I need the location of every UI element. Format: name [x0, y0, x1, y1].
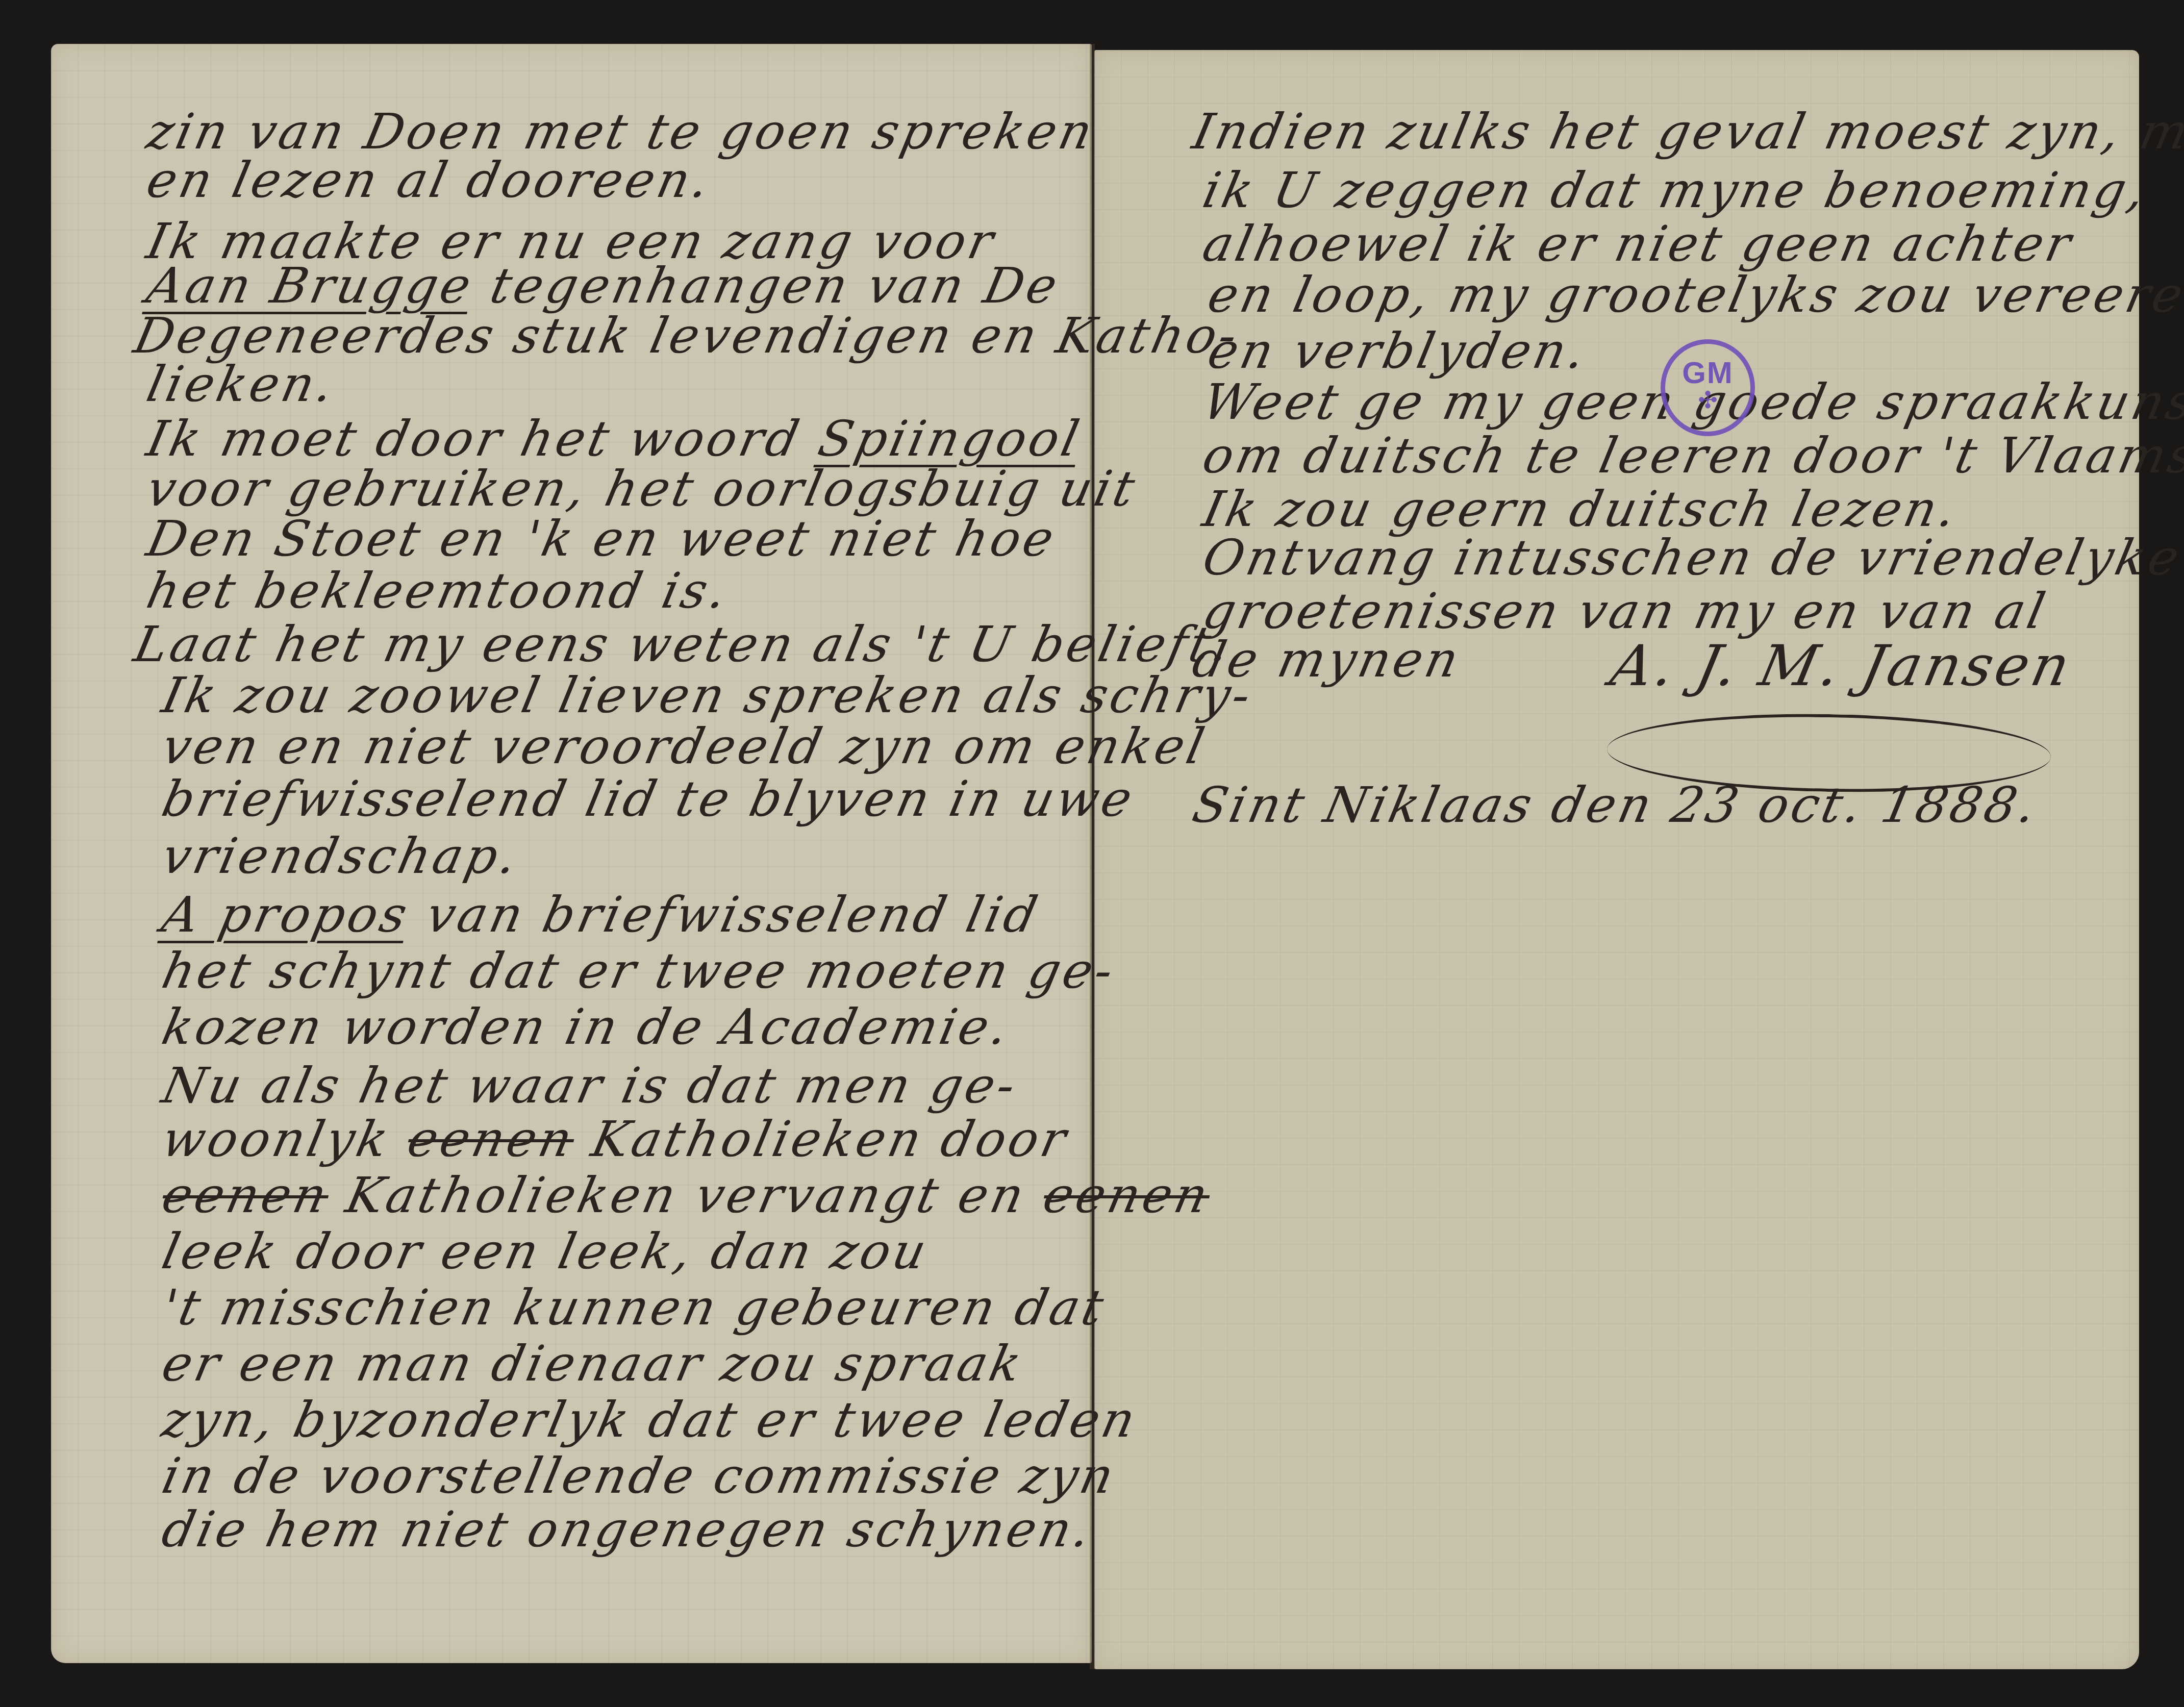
letter-line: Laat het my eens weten als 't U belieft.	[130, 620, 1237, 669]
letter-line: om duitsch te leeren door 't Vlaamsch.	[1199, 431, 2184, 480]
letter-line: in de voorstellende commissie zyn	[158, 1451, 1121, 1500]
letter-line: zin van Doen met te goen spreken	[143, 107, 1099, 156]
letter-line: A propos van briefwisselend lid	[158, 890, 1044, 939]
struck-text: eenen	[157, 1167, 335, 1224]
letter-line: vriendschap.	[158, 832, 524, 881]
letter-line: Ontvang intusschen de vriendelyke	[1199, 533, 2184, 582]
letter-line: groetenissen van my en van al	[1199, 587, 2052, 636]
letter-line: het schynt dat er twee moeten ge-	[158, 946, 1120, 995]
letter-line-rest: Katholieken door	[568, 1111, 1074, 1168]
underlined-text: A propos	[157, 886, 415, 943]
letter-line: en verblyden.	[1204, 327, 1592, 375]
letter-line: lieken.	[143, 360, 341, 409]
signature: A. J. M. Jansen	[1606, 638, 2077, 694]
letter-line: Ik zou geern duitsch lezen.	[1199, 485, 1963, 534]
letter-line: Aan Brugge tegenhangen van De	[143, 261, 1064, 310]
gm-bee-stamp: GM ✣	[1661, 339, 1755, 436]
bee-icon: ✣	[1665, 388, 1750, 412]
letter-line: en lezen al dooreen.	[143, 156, 716, 205]
letter-line-start: Ik moet door het woord	[142, 410, 825, 467]
underlined-text: Spiingool	[813, 410, 1087, 467]
letter-line: en loop, my grootelyks zou vereeren	[1204, 270, 2184, 319]
letter-line: de mynen	[1189, 635, 1466, 684]
struck-text: eenen	[403, 1111, 580, 1168]
letter-line: zyn, byzonderlyk dat er twee leden	[158, 1395, 1142, 1444]
struck-text: eenen	[1038, 1167, 1216, 1224]
letter-line: Ik zou zoowel lieven spreken als schry-	[158, 671, 1258, 720]
letter-line: Indien zulks het geval moest zyn, moet	[1189, 107, 2184, 156]
letter-line: ven en niet veroordeeld zyn om enkel	[158, 722, 1211, 771]
letter-line: ik U zeggen dat myne benoeming,	[1199, 166, 2152, 215]
letter-line: leek door een leek, dan zou	[158, 1227, 934, 1276]
dateline: Sint Niklaas den 23 oct. 1888.	[1189, 781, 2043, 830]
letter-line: briefwisselend lid te blyven in uwe	[158, 774, 1139, 823]
letter-line: eenen Katholieken vervangt en eenen	[158, 1171, 1215, 1220]
letter-line: Degeneerdes stuk levendigen en Katho-	[130, 311, 1244, 360]
letter-line: Den Stoet en 'k en weet niet hoe	[143, 514, 1061, 563]
letter-line-rest: Katholieken vervangt en	[322, 1167, 1050, 1224]
letter-line-rest: van briefwisselend lid	[403, 886, 1045, 943]
letter-line: 't misschien kunnen gebeuren dat	[158, 1283, 1111, 1332]
letter-line: die hem niet ongenegen schynen.	[158, 1505, 1098, 1554]
letter-line: voor gebruiken, het oorlogsbuig uit	[143, 464, 1142, 513]
letter-line-rest: tegenhangen van De	[467, 257, 1065, 314]
letter-line: Nu als het waar is dat men ge-	[158, 1061, 1022, 1110]
stamp-text: GM	[1665, 355, 1750, 390]
letter-line-start: woonlyk	[157, 1111, 415, 1168]
letter-line: woonlyk eenen Katholieken door	[158, 1115, 1073, 1164]
letter-line: het bekleemtoond is.	[143, 566, 734, 615]
letter-line: Ik moet door het woord Spiingool	[143, 414, 1086, 463]
letter-line: er een man dienaar zou spraak	[158, 1339, 1028, 1388]
letter-line: kozen worden in de Academie.	[158, 1002, 1015, 1051]
underlined-text: Aan Brugge	[142, 257, 479, 314]
letter-line: alhoewel ik er niet geen achter	[1199, 219, 2078, 268]
